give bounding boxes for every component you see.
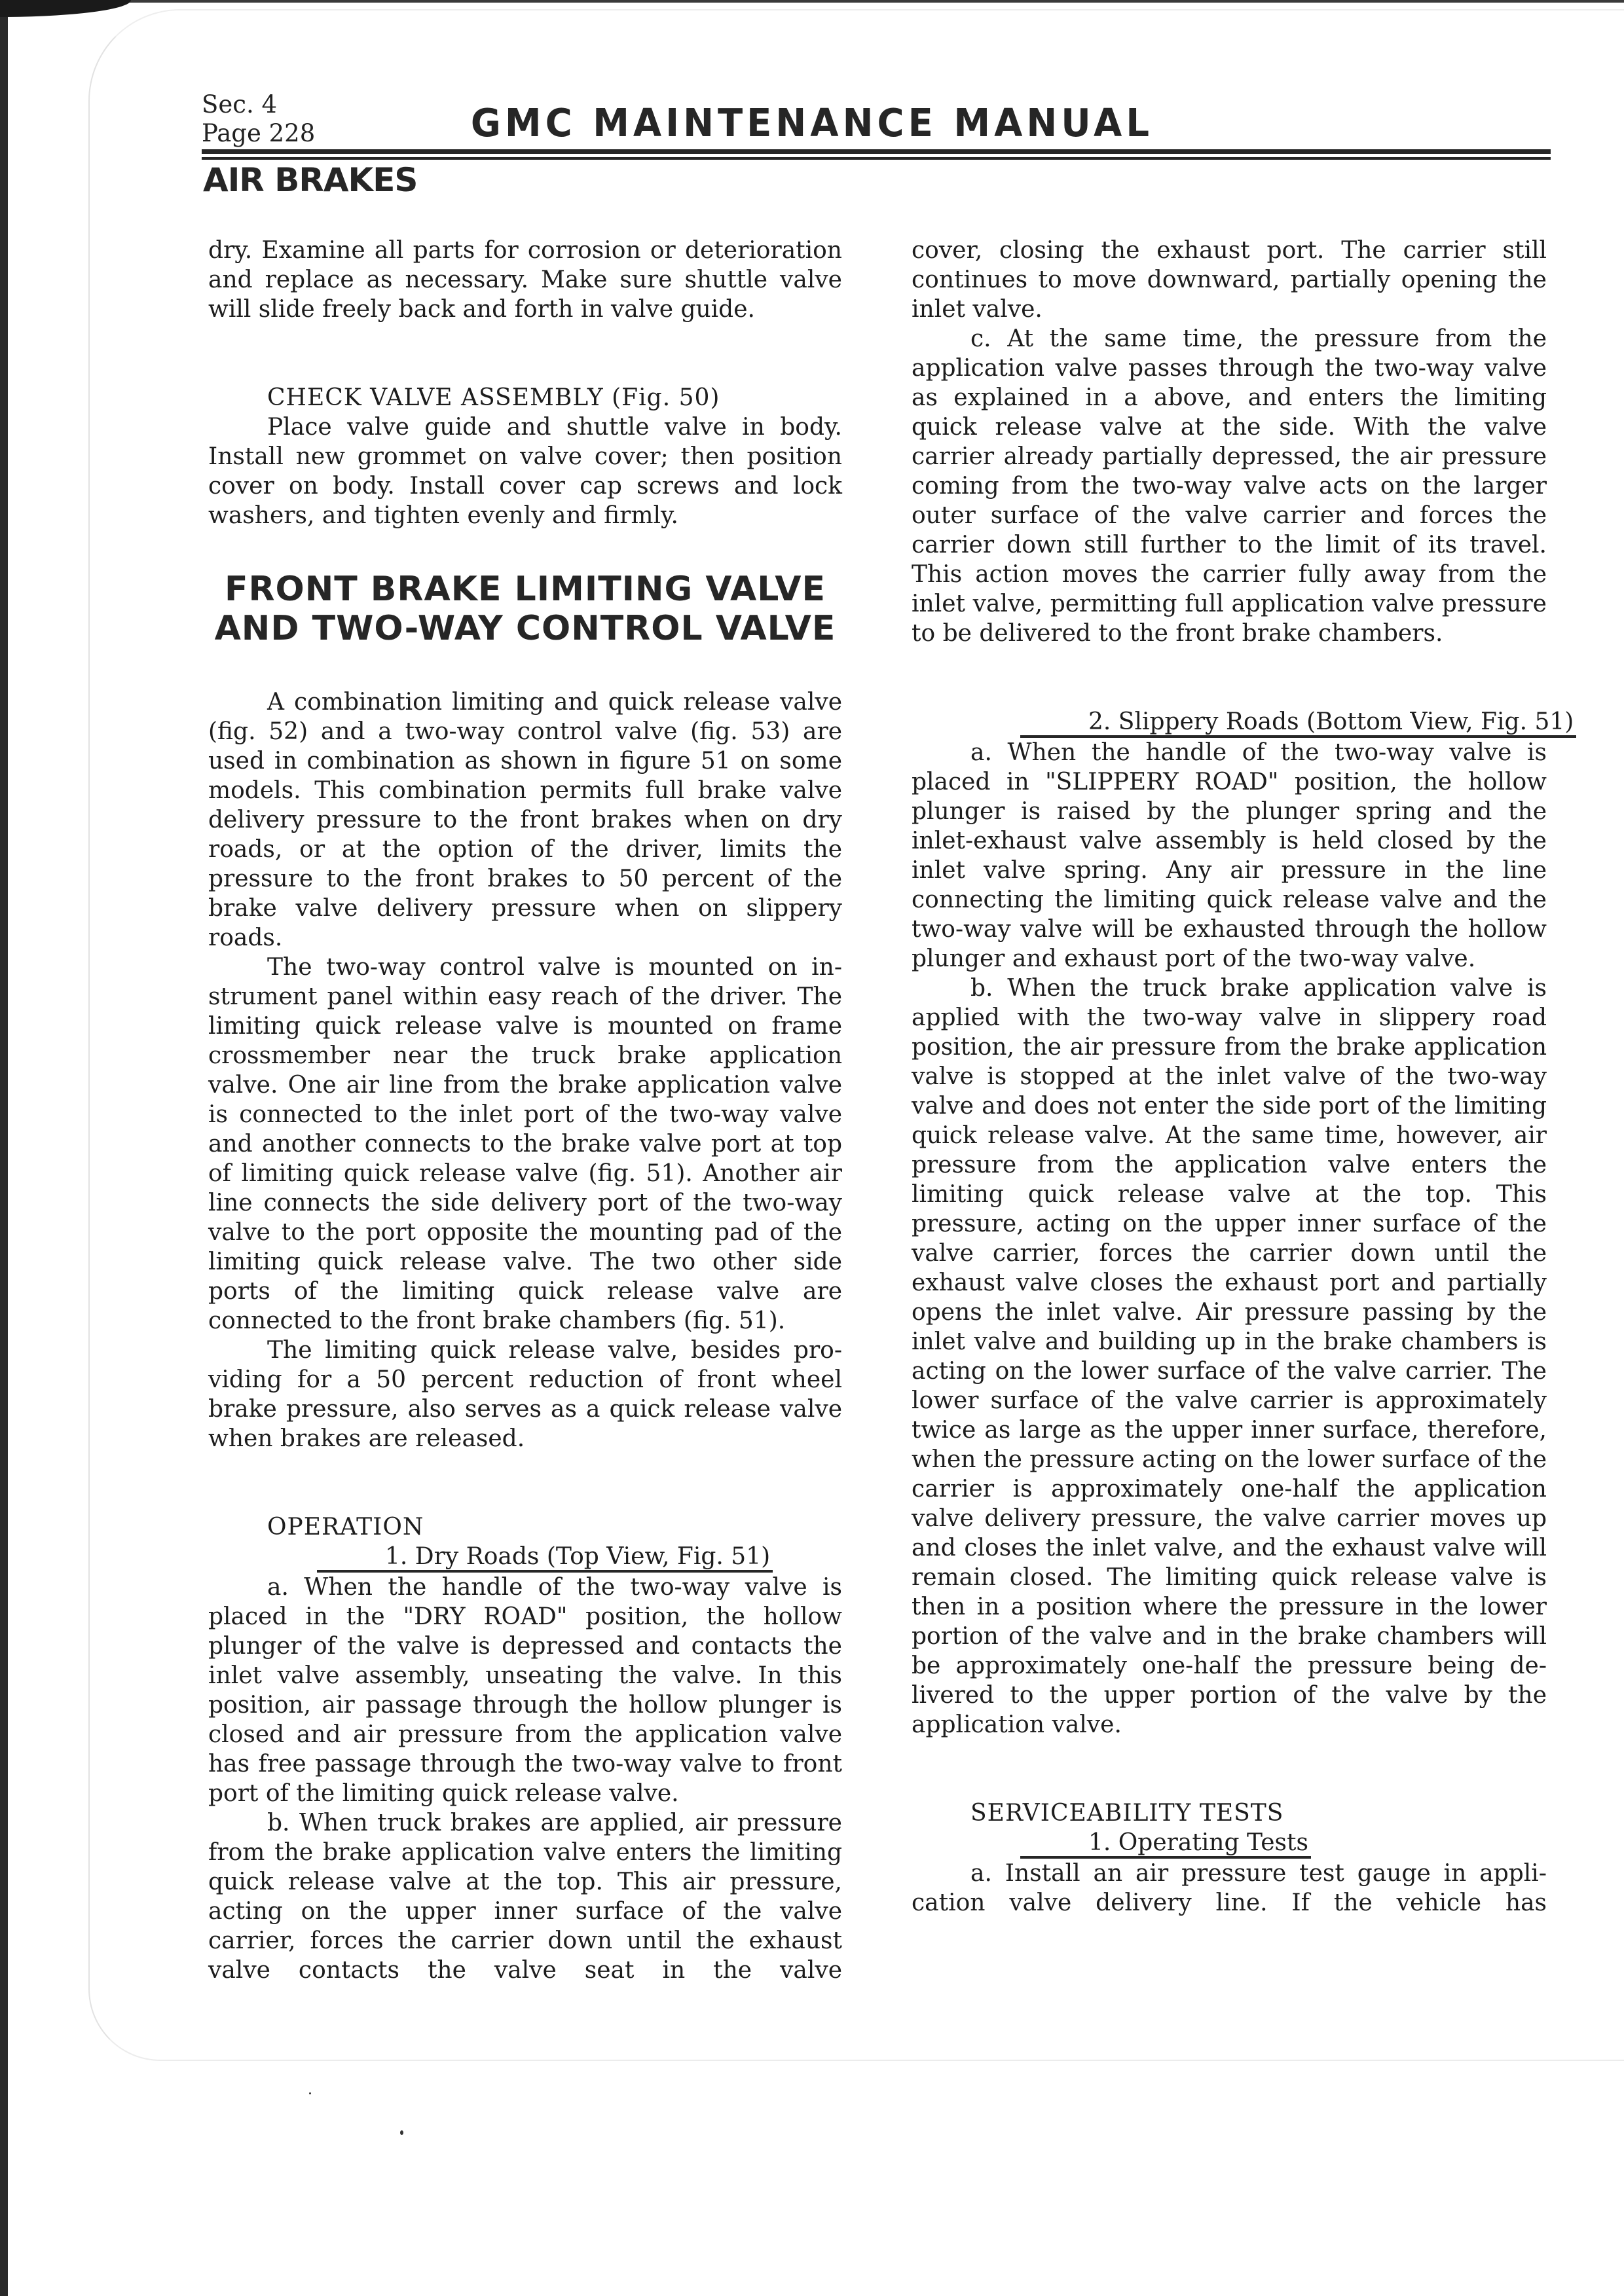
serviceability-heading: SERVICEABILITY TESTS (912, 1798, 1547, 1828)
dry-roads-step-b: b. When truck brakes are applied, air pr… (208, 1808, 842, 1985)
header-rule-thick (202, 149, 1551, 154)
body-paragraph: A combination limiting and quick release… (208, 687, 842, 953)
slippery-roads-step-a: a. When the handle of the two-way valve … (912, 738, 1547, 974)
main-heading: FRONT BRAKE LIMITING VALVE AND TWO-WAY C… (208, 570, 842, 648)
scan-border-left (0, 0, 8, 2296)
scan-corner-shadow (0, 0, 131, 17)
intro-paragraph: dry. Examine all parts for corrosion or … (208, 236, 842, 324)
operating-tests-step-a: a. Install an air pressure test gauge in… (912, 1859, 1547, 1918)
operation-heading: OPERATION (208, 1512, 842, 1542)
left-column: dry. Examine all parts for corrosion or … (208, 236, 842, 1985)
section-title: AIR BRAKES (203, 161, 417, 199)
slippery-roads-heading-text: 2. Slippery Roads (Bottom View, Fig. 51) (1020, 709, 1576, 738)
scan-speck (400, 2130, 403, 2135)
header-rule-thin (202, 157, 1551, 160)
dry-roads-step-b-continued: cover, closing the exhaust port. The car… (912, 236, 1547, 324)
dry-roads-heading: 1. Dry Roads (Top View, Fig. 51) (208, 1542, 842, 1573)
scan-border-top (0, 0, 1624, 3)
scan-speck (309, 2092, 311, 2094)
operating-tests-heading-text: 1. Operating Tests (1020, 1830, 1311, 1859)
dry-roads-heading-text: 1. Dry Roads (Top View, Fig. 51) (317, 1544, 773, 1573)
main-heading-line2: AND TWO-WAY CONTROL VALVE (208, 609, 842, 648)
operating-tests-heading: 1. Operating Tests (912, 1828, 1547, 1859)
right-column: cover, closing the exhaust port. The car… (912, 236, 1547, 1918)
dry-roads-step-c: c. At the same time, the pressure from t… (912, 324, 1547, 648)
manual-title: GMC MAINTENANCE MANUAL (0, 101, 1624, 145)
slippery-roads-step-b: b. When the truck brake application valv… (912, 974, 1547, 1740)
body-paragraph: The limiting quick release valve, beside… (208, 1336, 842, 1453)
slippery-roads-heading: 2. Slippery Roads (Bottom View, Fig. 51) (912, 707, 1547, 738)
body-paragraph: The two-way control valve is mounted on … (208, 953, 842, 1336)
check-valve-heading: CHECK VALVE ASSEMBLY (Fig. 50) (208, 383, 842, 412)
check-valve-body: Place valve guide and shuttle valve in b… (208, 412, 842, 530)
dry-roads-step-a: a. When the handle of the two-way valve … (208, 1573, 842, 1808)
main-heading-line1: FRONT BRAKE LIMITING VALVE (208, 570, 842, 609)
